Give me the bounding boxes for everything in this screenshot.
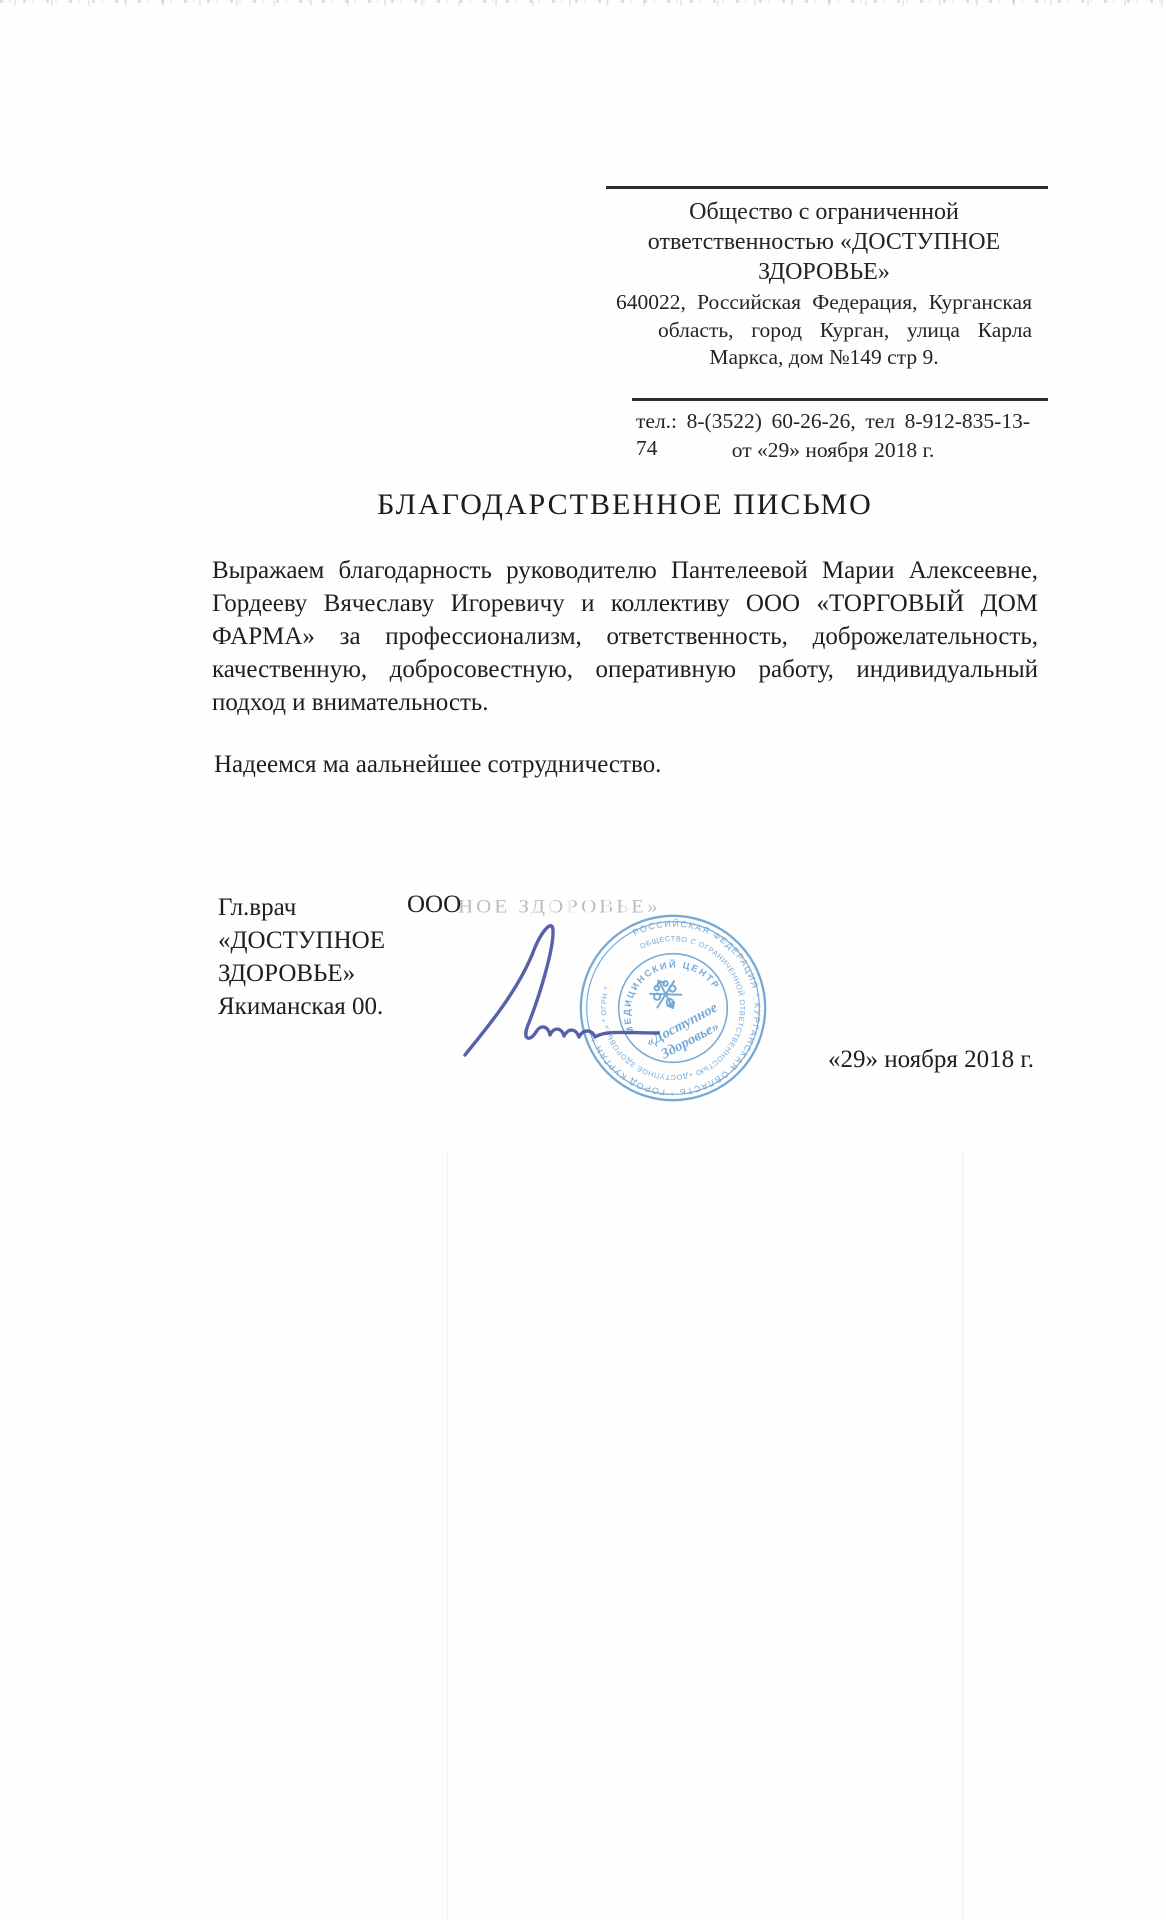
company-name-line: ЗДОРОВЬЕ» bbox=[612, 257, 1036, 287]
scanned-letter-page: Общество с ограниченной ответственностью… bbox=[0, 0, 1166, 1920]
signatory-line: Якиманская 00. bbox=[218, 990, 458, 1023]
address-line: область, город Курган, улица Карла bbox=[616, 317, 1032, 345]
signatory-line: «ДОСТУПНОЕ bbox=[218, 924, 458, 957]
body-paragraph-1: Выражаем благодарность руководителю Пант… bbox=[212, 554, 1038, 719]
body-paragraph-2: Надеемся ма аальнейшее сотрудничество. bbox=[214, 748, 1040, 781]
body-line: качественную, добросовестную, оперативну… bbox=[212, 653, 1038, 686]
body-line: Выражаем благодарность руководителю Пант… bbox=[212, 554, 1038, 587]
scan-artifact-line bbox=[962, 1150, 963, 1920]
company-address: 640022, Российская Федерация, Курганская… bbox=[616, 289, 1032, 372]
handwritten-signature bbox=[440, 900, 690, 1075]
signature-date: «29» ноября 2018 г. bbox=[828, 1046, 1034, 1074]
signature-graphic bbox=[440, 900, 690, 1075]
company-name: Общество с ограниченной ответственностью… bbox=[612, 197, 1036, 287]
signatory-line: ЗДОРОВЬЕ» bbox=[218, 957, 458, 990]
company-name-line: Общество с ограниченной bbox=[612, 197, 1036, 227]
body-line: ФАРМА» за профессионализм, ответственнос… bbox=[212, 620, 1038, 653]
body-line: подход и внимательность. bbox=[212, 686, 1038, 719]
letter-title: БЛАГОДАРСТВЕННОЕ ПИСЬМО bbox=[212, 488, 1038, 522]
scan-artifact-line bbox=[447, 1150, 448, 1920]
body-line: Гордееву Вячеславу Игоревичу и коллектив… bbox=[212, 587, 1038, 620]
letterhead-top-rule bbox=[606, 186, 1048, 189]
scan-noise-top-edge bbox=[0, 0, 1166, 8]
letterhead-bottom-rule bbox=[632, 398, 1048, 401]
address-line: Маркса, дом №149 стр 9. bbox=[616, 344, 1032, 372]
letterhead-date: от «29» ноября 2018 г. bbox=[636, 438, 1030, 463]
signature-stroke bbox=[465, 926, 658, 1055]
company-name-line: ответственностью «ДОСТУПНОЕ bbox=[612, 227, 1036, 257]
address-line: 640022, Российская Федерация, Курганская bbox=[616, 289, 1032, 317]
